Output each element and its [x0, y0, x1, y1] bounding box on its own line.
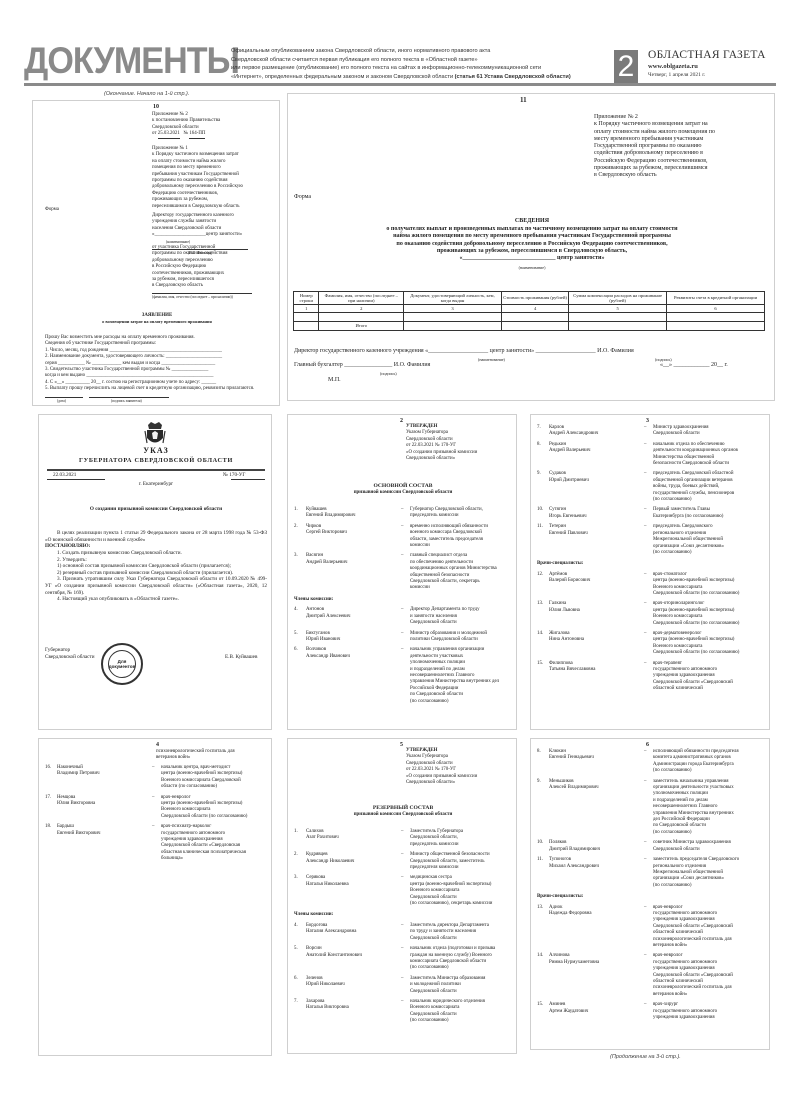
member-name: НемцоваЮлия Викторовна [57, 795, 152, 821]
form-label: Форма [45, 207, 59, 213]
member-number: 3. [294, 553, 306, 591]
appendix-2-header: Приложение № 2 к постановлению Правитель… [152, 112, 277, 139]
issue-date: Четверг, 1 апреля 2021 г. [648, 72, 705, 78]
member-list: 7.КарловАндрей Александрович–Министр здр… [537, 425, 767, 697]
report-title: СВЕДЕНИЯ [288, 218, 775, 225]
member-role: начальник юридического отделенияВоенного… [410, 999, 514, 1025]
doc-page-number: 2 [400, 418, 403, 424]
continuation-note-top: (Окончание. Начало на 1-й стр.). [104, 91, 189, 97]
signatory-name: Е.В. Куйвашев [225, 654, 257, 661]
member-role: начальник управления организациидеятельн… [410, 647, 514, 705]
dash: – [644, 857, 653, 889]
dash: – [401, 631, 410, 644]
approval-line: Свердловской области» [406, 456, 516, 462]
reserve-composition-page-5: 5 УТВЕРЖДЕН Указом Губернатора Свердловс… [287, 738, 517, 1054]
member-name: СалиховАзат Рахитович [306, 829, 401, 848]
member-name: ЖигаловаНина Антоновна [549, 631, 644, 657]
member-row: 14.АлчиноваРимма Нурмухаметовна–врач-нев… [537, 953, 767, 998]
member-name: АлчиноваРимма Нурмухаметовна [549, 953, 644, 998]
main-composition-page-2: 2 УТВЕРЖДЕН Указом Губернатора Свердловс… [287, 414, 517, 730]
appendix-line: содействия добровольному переселению в [594, 150, 772, 157]
decree-items: 1. Создать призывную комиссию Свердловск… [45, 550, 267, 603]
member-role: заместитель начальника управленияорганиз… [653, 779, 767, 837]
composition-subtitle: призывной комиссии Свердловской области [288, 490, 517, 496]
member-name: ВолчиковАлександр Иванович [306, 647, 401, 705]
member-row: 6.ВолчиковАлександр Иванович–начальник у… [294, 647, 514, 705]
column-number: 6 [667, 305, 765, 313]
from-block: от участника Государственнойпрограммы по… [152, 245, 277, 290]
member-role: Министр общественной безопасностиСвердло… [410, 852, 514, 871]
dash: – [644, 905, 653, 950]
member-row: 15.АминевАртем Жаудатович–врач-хирурггос… [537, 1002, 767, 1021]
decree-title: УКАЗ [39, 448, 272, 455]
name-caption: (наименование) [288, 264, 775, 271]
column-header: Реквизиты счета в кредитной организации [667, 292, 765, 305]
decree-resolve: ПОСТАНОВЛЯЮ: [45, 543, 90, 550]
member-name: СеряковаНаталья Николаевна [306, 875, 401, 907]
member-row: 10.СутягинИгорь Евгеньевич–Первый замест… [537, 507, 767, 520]
member-name: КарловАндрей Александрович [549, 425, 644, 438]
member-role: советник Министра здравоохраненияСвердло… [653, 840, 767, 853]
composition-title: РЕЗЕРВНЫЙ СОСТАВ [288, 805, 517, 811]
date-underline [47, 479, 105, 480]
appendix-line: оплату стоимости найма жилого помещения … [594, 129, 772, 136]
member-row: 16.НаконечныйВладимир Петрович–начальник… [45, 765, 271, 791]
approval-block: УТВЕРЖДЕН Указом Губернатора Свердловско… [406, 748, 516, 786]
member-row: 18.БардышЕвгений Викторович–врач-психиат… [45, 824, 271, 862]
decree-heading: О создании призывной комиссии Свердловск… [39, 506, 272, 513]
member-name: БордоговаНаталия Александровна [306, 923, 401, 942]
dash: – [644, 840, 653, 853]
subtitle-line: по оказанию содействия добровольному пер… [288, 241, 775, 248]
member-role: врач-оториноларингологцентра (военно-вра… [653, 601, 767, 627]
member-row: 1.СалиховАзат Рахитович–Заместитель Губе… [294, 829, 514, 848]
member-name: ВорсинАнатолий Константинович [306, 946, 401, 972]
dash: – [644, 425, 653, 438]
signatory-line: Свердловской области [45, 654, 95, 661]
member-number: 5. [294, 631, 306, 644]
signatory-title: Губернатор Свердловской области [45, 647, 95, 660]
member-name: АминевАртем Жаудатович [549, 1002, 644, 1021]
member-name: НаконечныйВладимир Петрович [57, 765, 152, 791]
member-number: 15. [537, 661, 549, 693]
decree-item: 4. Настоящий указ опубликовать в «Област… [45, 596, 267, 603]
doc-page-number: 3 [646, 418, 649, 424]
dash: – [401, 647, 410, 705]
member-row: 8.КлюкинЕвгений Геннадьевич–исполняющий … [537, 749, 767, 775]
number-underline [231, 479, 265, 480]
member-role: медицинская сестрацентра (военно-врачебн… [410, 875, 514, 907]
note-line: Свердловской области считается первая пу… [231, 56, 611, 65]
number-prefix: № [183, 131, 188, 136]
member-name: СудаковЮрий Дмитриевич [549, 471, 644, 503]
note-bold: (статья 61 Устава Свердловской области) [455, 74, 571, 80]
member-list: 8.КлюкинЕвгений Геннадьевич–исполняющий … [537, 749, 767, 1025]
member-name: ТетеринЕвгений Павлович [549, 524, 644, 556]
accountant-signature-line: Главный бухгалтер ________________ И.О. … [294, 362, 430, 369]
member-role: исполняющий обязанности председателякоми… [653, 749, 767, 775]
member-number: 8. [537, 442, 549, 468]
dash: – [644, 471, 653, 503]
member-role: начальник отдела (подготовки и призывагр… [410, 946, 514, 972]
member-row: 2.ЧирковСергей Викторович–временно испол… [294, 524, 514, 550]
member-role: врач-психиатр-наркологгосударственного а… [161, 824, 271, 862]
member-row: 1.КуйвашевЕвгений Владимирович–Губернато… [294, 507, 514, 520]
dash: – [152, 824, 161, 862]
member-row: 6.ЗеленовЮрий Николаевич–Заместитель Мин… [294, 976, 514, 995]
dash: – [644, 953, 653, 998]
dash: – [644, 779, 653, 837]
group-label: Врачи-специалисты: [537, 561, 767, 567]
form-label: Форма [294, 194, 311, 201]
statement-body: Прошу Вас возместить мне расходы на опла… [45, 335, 271, 393]
stamp-label: М.П. [328, 377, 341, 384]
subtitle-line: «_______________________________ центр з… [288, 255, 775, 262]
member-role: начальник отдела по обеспечениюдеятельно… [653, 442, 767, 468]
member-name: ТупоноговМихаил Александрович [549, 857, 644, 889]
dash: – [644, 601, 653, 627]
newspaper-url[interactable]: www.oblgazeta.ru [648, 63, 698, 70]
member-number: 13. [537, 601, 549, 627]
coat-of-arms-icon [144, 421, 166, 447]
member-role: врач-терапевтгосударственного автономног… [653, 661, 767, 693]
accountant-caption: (подпись) [380, 370, 397, 377]
member-number: 6. [294, 647, 306, 705]
member-role: Министр здравоохраненияСвердловской обла… [653, 425, 767, 438]
official-seal: Для документов [101, 643, 143, 685]
total-label: Итого [319, 322, 404, 331]
doc-page-10: 10 Приложение № 2 к постановлению Правит… [32, 100, 280, 406]
member-list: 1.СалиховАзат Рахитович–Заместитель Губе… [294, 829, 514, 1029]
seal-text: Для документов [108, 650, 136, 678]
note-text: «Интернет», определенных федеральным зак… [231, 74, 453, 80]
table-header-row: Номер строки Фамилия, имя, отчество (пос… [294, 292, 765, 305]
member-name: КлюкинЕвгений Геннадьевич [549, 749, 644, 775]
member-number: 10. [537, 840, 549, 853]
carry-over-text: психоневрологический госпиталь для ветер… [156, 749, 271, 762]
continuation-note-bottom: (Продолжение на 3-й стр.). [610, 1054, 681, 1060]
member-name: ЗеленовЮрий Николаевич [306, 976, 401, 995]
dash: – [644, 1002, 653, 1021]
dash: – [644, 572, 653, 598]
member-row: 5.ВорсинАнатолий Константинович–начальни… [294, 946, 514, 972]
member-row: 8.РедькинАндрей Валерьевич–начальник отд… [537, 442, 767, 468]
member-row: 11.ТупоноговМихаил Александрович–замести… [537, 857, 767, 889]
recipients-table: Номер строки Фамилия, имя, отчество (пос… [293, 291, 765, 331]
member-role: Губернатор Свердловской области,председа… [410, 507, 514, 520]
doc-page-number: 6 [646, 742, 649, 748]
dash: – [644, 442, 653, 468]
date-prefix: от [152, 131, 157, 136]
decree-item: 1. Создать призывную комиссию Свердловск… [45, 550, 267, 557]
decree-subtitle: ГУБЕРНАТОРА СВЕРДЛОВСКОЙ ОБЛАСТИ [39, 458, 272, 465]
column-header: Номер строки [294, 292, 319, 305]
signatory-line: Губернатор [45, 647, 95, 654]
member-name: РедькинАндрей Валерьевич [549, 442, 644, 468]
approval-line: Свердловской области» [406, 780, 516, 786]
dash: – [644, 749, 653, 775]
decree-item: 1) основной состав призывной комиссии Св… [45, 563, 267, 570]
section-title: ДОКУМЕНТЫ [24, 40, 239, 82]
member-name: БиктугановЮрий Иванович [306, 631, 401, 644]
director-name-caption: (наименование) [478, 356, 505, 363]
dash: – [152, 765, 161, 791]
appendix-line: переселившимся в Свердловскую область [152, 204, 277, 210]
member-number: 3. [294, 875, 306, 907]
table-total-row: Итого [294, 322, 765, 331]
member-number: 9. [537, 779, 549, 837]
date-caption: (дата) [57, 398, 66, 404]
composition-title: ОСНОВНОЙ СОСТАВ [288, 483, 517, 489]
member-name: АнтоновДмитрий Алексеевич [306, 607, 401, 626]
member-row: 7.КарловАндрей Александрович–Министр здр… [537, 425, 767, 438]
member-row: 13.АдиокНадежда Федоровна–врач-неврологг… [537, 905, 767, 950]
member-role: врач-неврологгосударственного автономног… [653, 905, 767, 950]
member-name: МеньшиковАлексей Владимирович [549, 779, 644, 837]
director-signature-line: Директор государственного казенного учре… [294, 348, 770, 355]
column-number: 3 [404, 305, 502, 313]
decree-item: 3. Признать утратившим силу Указ Губерна… [45, 576, 267, 596]
member-number: 1. [294, 507, 306, 520]
appendix-line: Приложение № 2 [594, 114, 772, 121]
member-role: председатель Свердловской областнойобщес… [653, 471, 767, 503]
report-date-line: «__» ____________ 20__ г. [660, 362, 728, 369]
dash: – [401, 852, 410, 871]
member-name: КуйвашевЕвгений Владимирович [306, 507, 401, 520]
member-row: 7.ЗахароваНаталья Викторовна–начальник ю… [294, 999, 514, 1025]
appendix-line: в Свердловскую область [594, 172, 772, 179]
member-number: 1. [294, 829, 306, 848]
subtitle-line: проживающих за рубежом, переселившимся в… [288, 248, 775, 255]
appendix-line: к Порядку частичного возмещения затрат н… [594, 121, 772, 128]
member-name: СутягинИгорь Евгеньевич [549, 507, 644, 520]
dash: – [401, 607, 410, 626]
table-row [294, 313, 765, 322]
dash: – [401, 507, 410, 520]
dash: – [644, 661, 653, 693]
member-row: 3.ВасягинАндрей Валерьевич–главный специ… [294, 553, 514, 591]
member-number: 14. [537, 631, 549, 657]
group-label: Члены комиссии: [294, 597, 514, 603]
member-number: 16. [45, 765, 57, 791]
column-number: 5 [569, 305, 667, 313]
member-name: АдиокНадежда Федоровна [549, 905, 644, 950]
group-label: Врачи-специалисты: [537, 894, 767, 900]
member-role: заместитель председателя Свердловскогоре… [653, 857, 767, 889]
statement-line: 5. Выплату прошу перечислить на лицевой … [45, 386, 271, 392]
note-line: Официальным опубликованием закона Свердл… [231, 47, 611, 56]
applicant-caption: (фамилия, имя, отчество (последнее – при… [152, 294, 233, 300]
reserve-composition-page-6: 6 8.КлюкинЕвгений Геннадьевич–исполняющи… [530, 738, 770, 1050]
member-name: ФилипповаТатьяна Вячеславовна [549, 661, 644, 693]
note-line: «Интернет», определенных федеральным зак… [231, 73, 611, 82]
member-role: главный специалист отделапо обеспечению … [410, 553, 514, 591]
member-number: 2. [294, 852, 306, 871]
member-row: 9.МеньшиковАлексей Владимирович–заместит… [537, 779, 767, 837]
member-number: 17. [45, 795, 57, 821]
member-name: ЧирковСергей Викторович [306, 524, 401, 550]
signature-caption: (подпись заявителя) [111, 398, 142, 404]
member-list: 1.КуйвашевЕвгений Владимирович–Губернато… [294, 507, 514, 709]
decree-preamble: В целях реализации пункта 1 статьи 29 Фе… [45, 530, 267, 543]
member-row: 4.АнтоновДмитрий Алексеевич–Директор Деп… [294, 607, 514, 626]
column-header: Стоимость проживания (рублей) [501, 292, 568, 305]
member-number: 12. [537, 572, 549, 598]
number-prefix: № [223, 472, 228, 478]
dash: – [401, 999, 410, 1025]
statement-subtitle: о возмещении затрат на оплату временного… [33, 319, 280, 325]
group-label: Члены комиссии: [294, 912, 514, 918]
member-role: врач-неврологгосударственного автономног… [653, 953, 767, 998]
appendix-1-header: Приложение № 1к Порядку частичного возме… [152, 146, 277, 210]
member-name: АртёмовВалерий Борисович [549, 572, 644, 598]
member-number: 8. [537, 749, 549, 775]
member-row: 17.НемцоваЮлия Викторовна–врач-неврологц… [45, 795, 271, 821]
column-number: 1 [294, 305, 319, 313]
column-header: Документ, удостоверяющий личность, кем, … [404, 292, 502, 305]
member-row: 14.ЖигаловаНина Антоновна–врач-дерматове… [537, 631, 767, 657]
member-name: КудрявцевАлександр Николаевич [306, 852, 401, 871]
subtitle-line: найма жилого помещения по месту временно… [288, 233, 775, 240]
appendix-line: Российскую Федерацию соотечественников, [594, 158, 772, 165]
member-role: Министр образования и молодежнойполитики… [410, 631, 514, 644]
dash: – [401, 946, 410, 972]
table-row: 1 2 3 4 5 6 [294, 305, 765, 313]
member-role: временно исполняющий обязанностивоенного… [410, 524, 514, 550]
member-row: 3.СеряковаНаталья Николаевна–медицинская… [294, 875, 514, 907]
column-header: Сумма компенсации расходов на проживание… [569, 292, 667, 305]
member-role: Заместитель Министра образованияи молоде… [410, 976, 514, 995]
member-row: 9.СудаковЮрий Дмитриевич–председатель Св… [537, 471, 767, 503]
doc-page-number: 11 [520, 97, 527, 104]
approval-block: УТВЕРЖДЕН Указом Губернатора Свердловско… [406, 424, 516, 462]
doc-page-number: 10 [153, 104, 159, 110]
doc-page-number: 4 [156, 742, 159, 748]
dash: – [401, 553, 410, 591]
member-row: 12.АртёмовВалерий Борисович–врач-стомато… [537, 572, 767, 598]
member-number: 7. [294, 999, 306, 1025]
masthead: ДОКУМЕНТЫ Официальным опубликованием зак… [24, 44, 776, 86]
newspaper-name: ОБЛАСТНАЯ ГАЗЕТА [648, 49, 766, 61]
decree-number: № 170-УГ [223, 472, 245, 479]
member-row: 2.КудрявцевАлександр Николаевич–Министр … [294, 852, 514, 871]
decree-city: г. Екатеринбург [39, 481, 272, 488]
report-subtitle: о получателях выплат и произведенных вып… [288, 226, 775, 262]
member-number: 5. [294, 946, 306, 972]
member-role: врач-стоматологцентра (военно-врачебной … [653, 572, 767, 598]
carry-over-line: ветеранов войн» [156, 755, 271, 761]
decree-date: 22.03.2021 [53, 472, 76, 479]
member-number: 13. [537, 905, 549, 950]
page-number: 2 [614, 50, 638, 83]
member-role: Заместитель директора Департаментапо тру… [410, 923, 514, 942]
doc-page-number: 5 [400, 742, 403, 748]
member-number: 15. [537, 1002, 549, 1021]
member-number: 14. [537, 953, 549, 998]
column-header: Фамилия, имя, отчество (последнее – при … [319, 292, 404, 305]
member-role: Заместитель ГубернатораСвердловской обла… [410, 829, 514, 848]
member-role: Первый заместитель ГлавыЕкатеринбурга (п… [653, 507, 767, 520]
member-number: 11. [537, 524, 549, 556]
publication-note: Официальным опубликованием закона Свердл… [231, 47, 611, 81]
dash: – [644, 524, 653, 556]
member-row: 11.ТетеринЕвгений Павлович–председатель … [537, 524, 767, 556]
member-role: врач-неврологцентра (военно-врачебной эк… [161, 795, 271, 821]
dash: – [401, 524, 410, 550]
member-role: врач-хирурггосударственного автономногоу… [653, 1002, 767, 1021]
member-name: ВасягинАндрей Валерьевич [306, 553, 401, 591]
main-composition-page-3: 3 7.КарловАндрей Александрович–Министр з… [530, 414, 770, 730]
dash: – [644, 631, 653, 657]
member-name: ЗахароваНаталья Викторовна [306, 999, 401, 1025]
member-number: 7. [537, 425, 549, 438]
member-number: 4. [294, 607, 306, 626]
member-row: 15.ФилипповаТатьяна Вячеславовна–врач-те… [537, 661, 767, 693]
member-role: начальник центра, врач-методистцентра (в… [161, 765, 271, 791]
member-row: 13.ГалкинаЮлия Львовна–врач-оториноларин… [537, 601, 767, 627]
member-row: 4.БордоговаНаталия Александровна–Замести… [294, 923, 514, 942]
member-name: ПоляковДмитрий Владимирович [549, 840, 644, 853]
member-name: ГалкинаЮлия Львовна [549, 601, 644, 627]
member-role: Директор Департамента по трудуи занятост… [410, 607, 514, 626]
member-row: 5.БиктугановЮрий Иванович–Министр образо… [294, 631, 514, 644]
member-number: 9. [537, 471, 549, 503]
dash: – [401, 923, 410, 942]
appendix-header: Приложение № 2к Порядку частичного возме… [594, 114, 772, 180]
main-composition-page-4: 4 психоневрологический госпиталь для вет… [38, 738, 272, 1056]
member-number: 18. [45, 824, 57, 862]
doc-page-11: 11 Приложение № 2к Порядку частичного во… [287, 93, 775, 401]
member-role: председатель Свердловскогорегионального … [653, 524, 767, 556]
column-number: 2 [319, 305, 404, 313]
member-row: 10.ПоляковДмитрий Владимирович–советник … [537, 840, 767, 853]
dash: – [401, 875, 410, 907]
member-name: БардышЕвгений Викторович [57, 824, 152, 862]
number-value: 164-ПП [189, 131, 205, 138]
composition-subtitle: призывной комиссии Свердловской области [288, 812, 517, 818]
dash: – [644, 507, 653, 520]
appendix-date: от 25.03.2021 № 164-ПП [152, 131, 277, 138]
note-line: или первое размещение (опубликование) ег… [231, 64, 611, 73]
from-line: в Свердловскую область [152, 283, 277, 289]
member-number: 11. [537, 857, 549, 889]
title-rule [47, 469, 265, 471]
dash: – [152, 795, 161, 821]
dash: – [401, 829, 410, 848]
date-value: 25.03.2021 [158, 131, 180, 138]
member-number: 4. [294, 923, 306, 942]
number-value: 170-УГ [229, 472, 245, 478]
member-number: 10. [537, 507, 549, 520]
member-number: 6. [294, 976, 306, 995]
member-number: 2. [294, 524, 306, 550]
member-role: врач-дерматовенерологцентра (военно-врач… [653, 631, 767, 657]
member-list: 16.НаконечныйВладимир Петрович–начальник… [45, 765, 271, 867]
column-number: 4 [501, 305, 568, 313]
dash: – [401, 976, 410, 995]
decree-page: УКАЗ ГУБЕРНАТОРА СВЕРДЛОВСКОЙ ОБЛАСТИ 22… [38, 414, 272, 730]
